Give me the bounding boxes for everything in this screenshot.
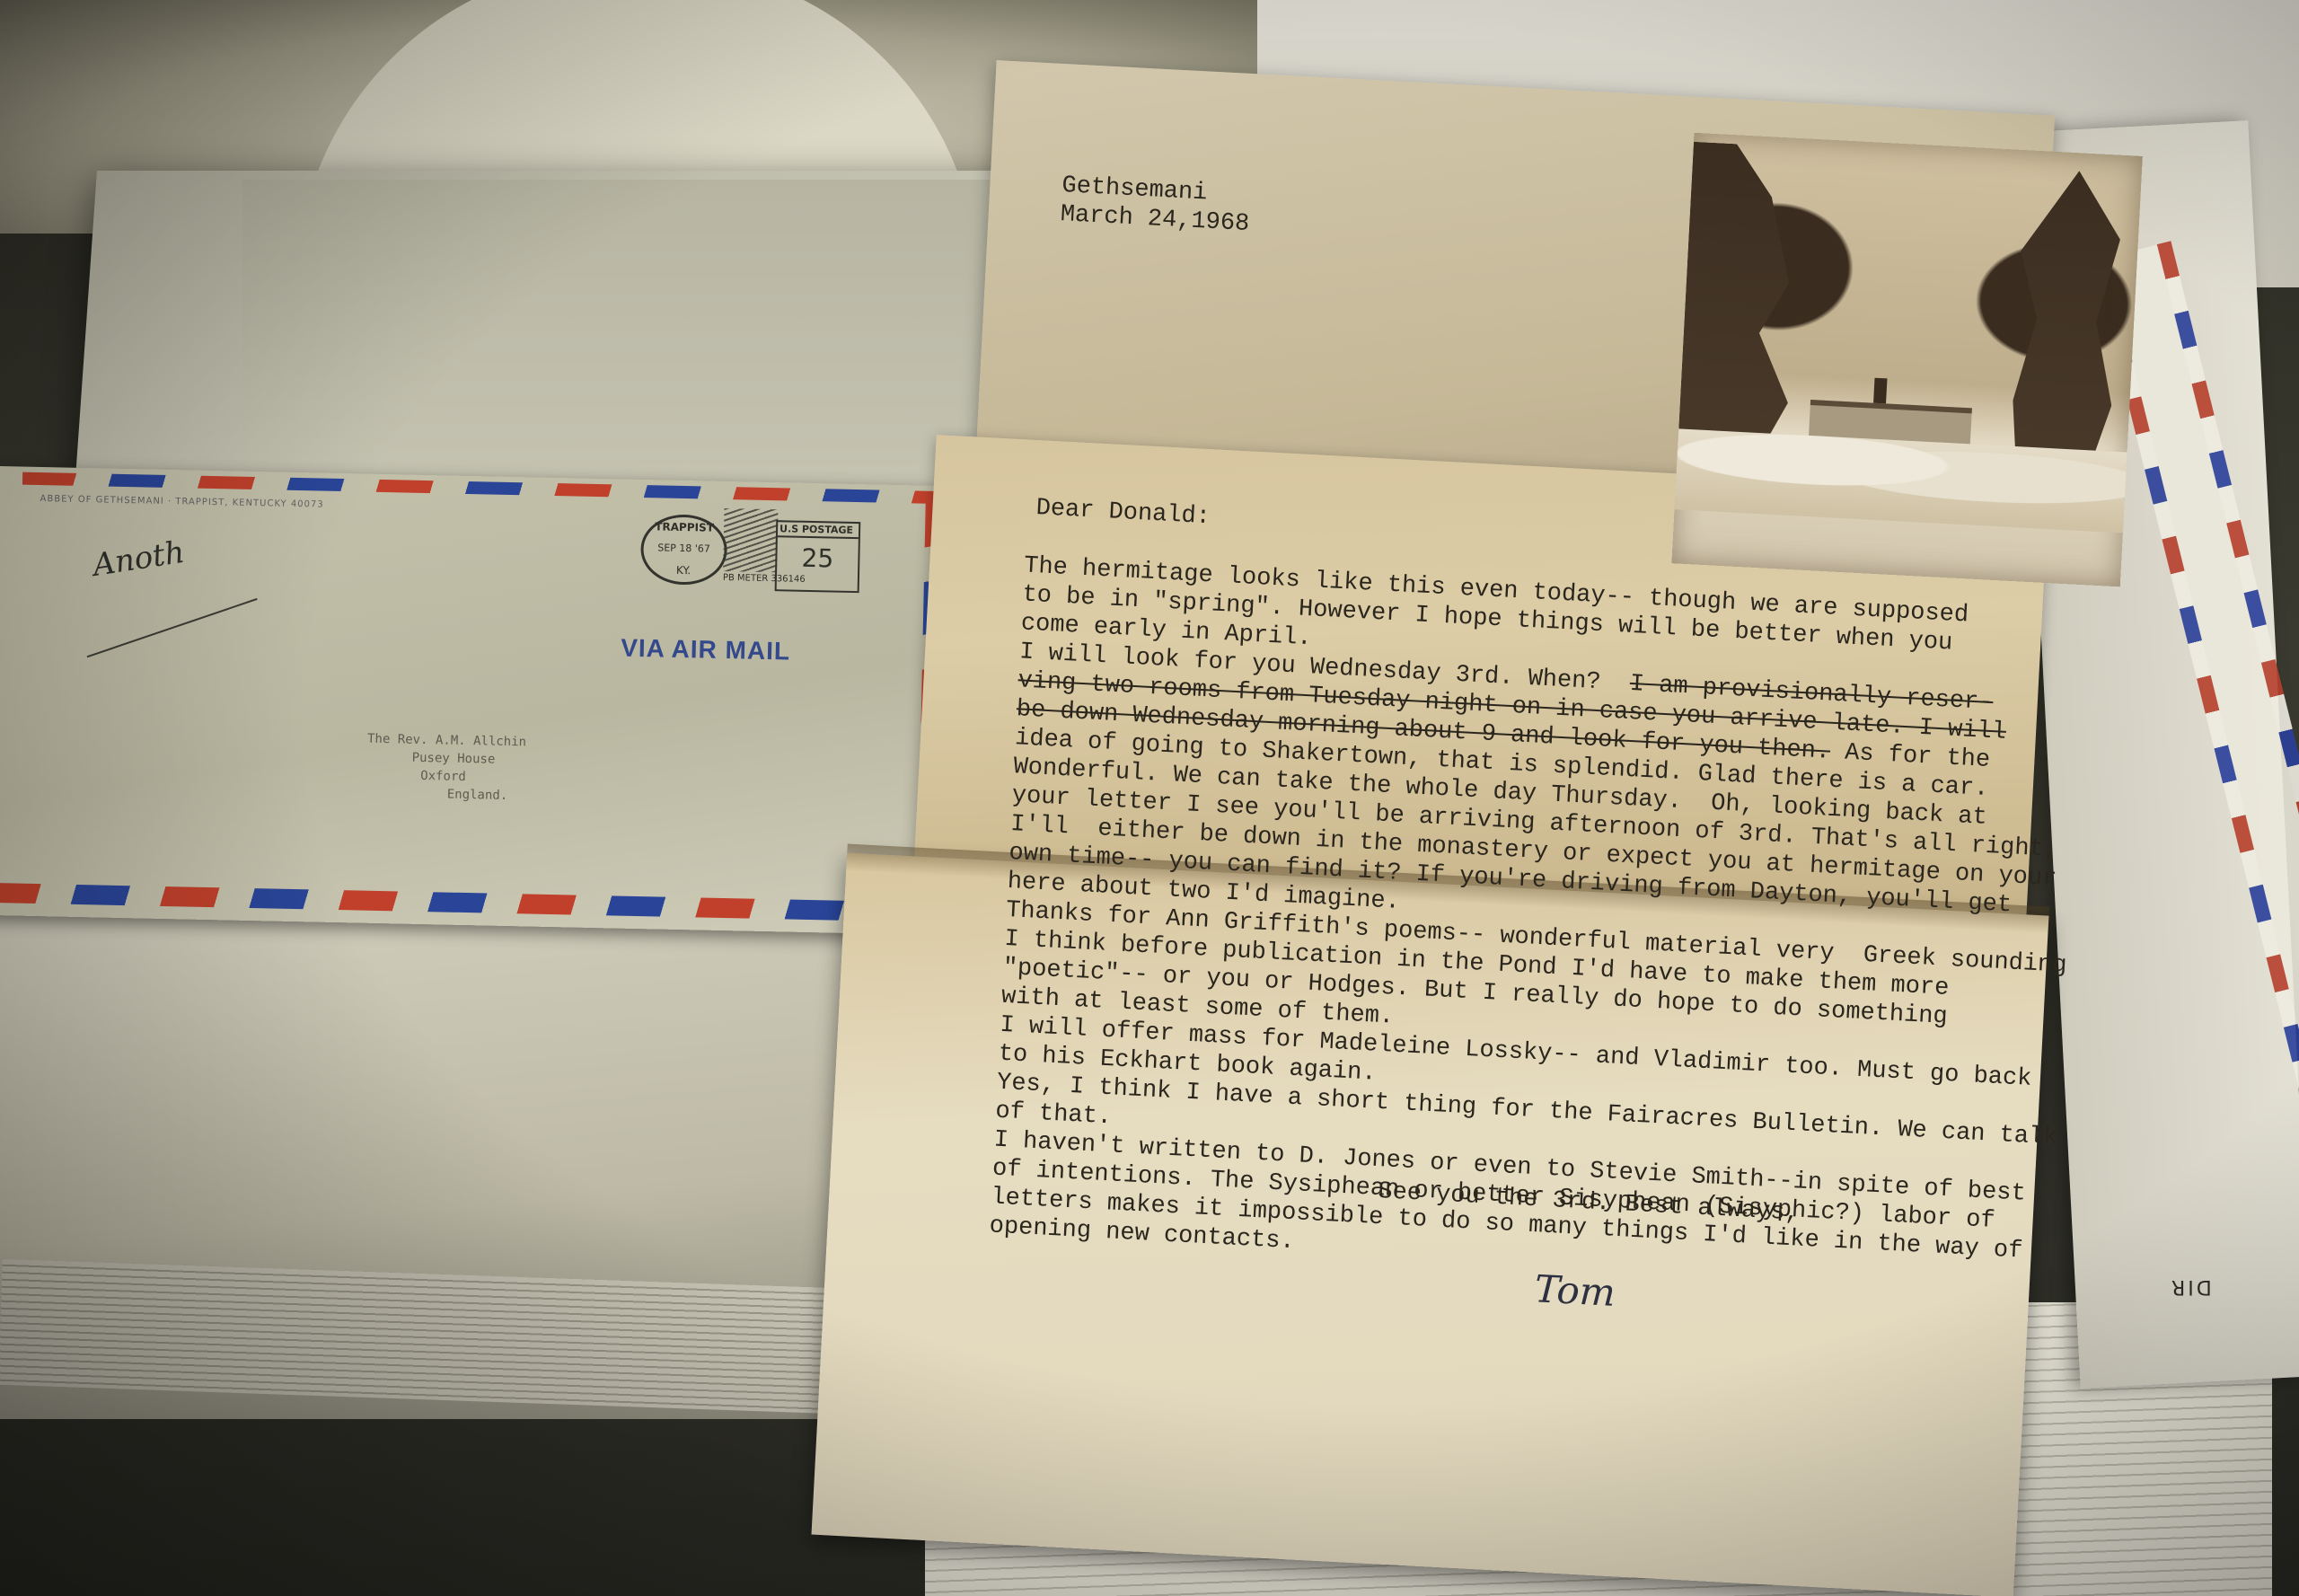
signature: Tom [1534,1266,1616,1315]
postmark-town: TRAPPIST [644,520,725,534]
recipient-address: The Rev. A.M. Allchin Pusey House Oxford… [366,730,527,806]
photo-scene: DIR ABBEY OF GETHSEMANI · TRAPPIST, KENT… [0,0,2299,1596]
typed-letter: GethsemaniMarch 24,1968 Dear Donald: The… [713,49,2091,1589]
chimney [1873,378,1888,406]
address-line: The Rev. A.M. Allchin [367,730,526,752]
postmark-date: SEP 18 '67 [643,542,724,555]
folder-label: DIR [2169,1275,2212,1298]
handwritten-stroke [87,598,258,657]
handwritten-note: Anoth [91,534,187,584]
postmark-circle: TRAPPIST SEP 18 '67 KY. [640,514,728,586]
hermitage-photo [1671,133,2142,587]
return-address: ABBEY OF GETHSEMANI · TRAPPIST, KENTUCKY… [40,494,323,510]
letter-heading: GethsemaniMarch 24,1968 [1060,172,1252,239]
address-line: England. [366,784,525,806]
postmark-state: KY. [643,563,724,578]
letter-body: The hermitage looks like this even today… [989,551,2085,1296]
